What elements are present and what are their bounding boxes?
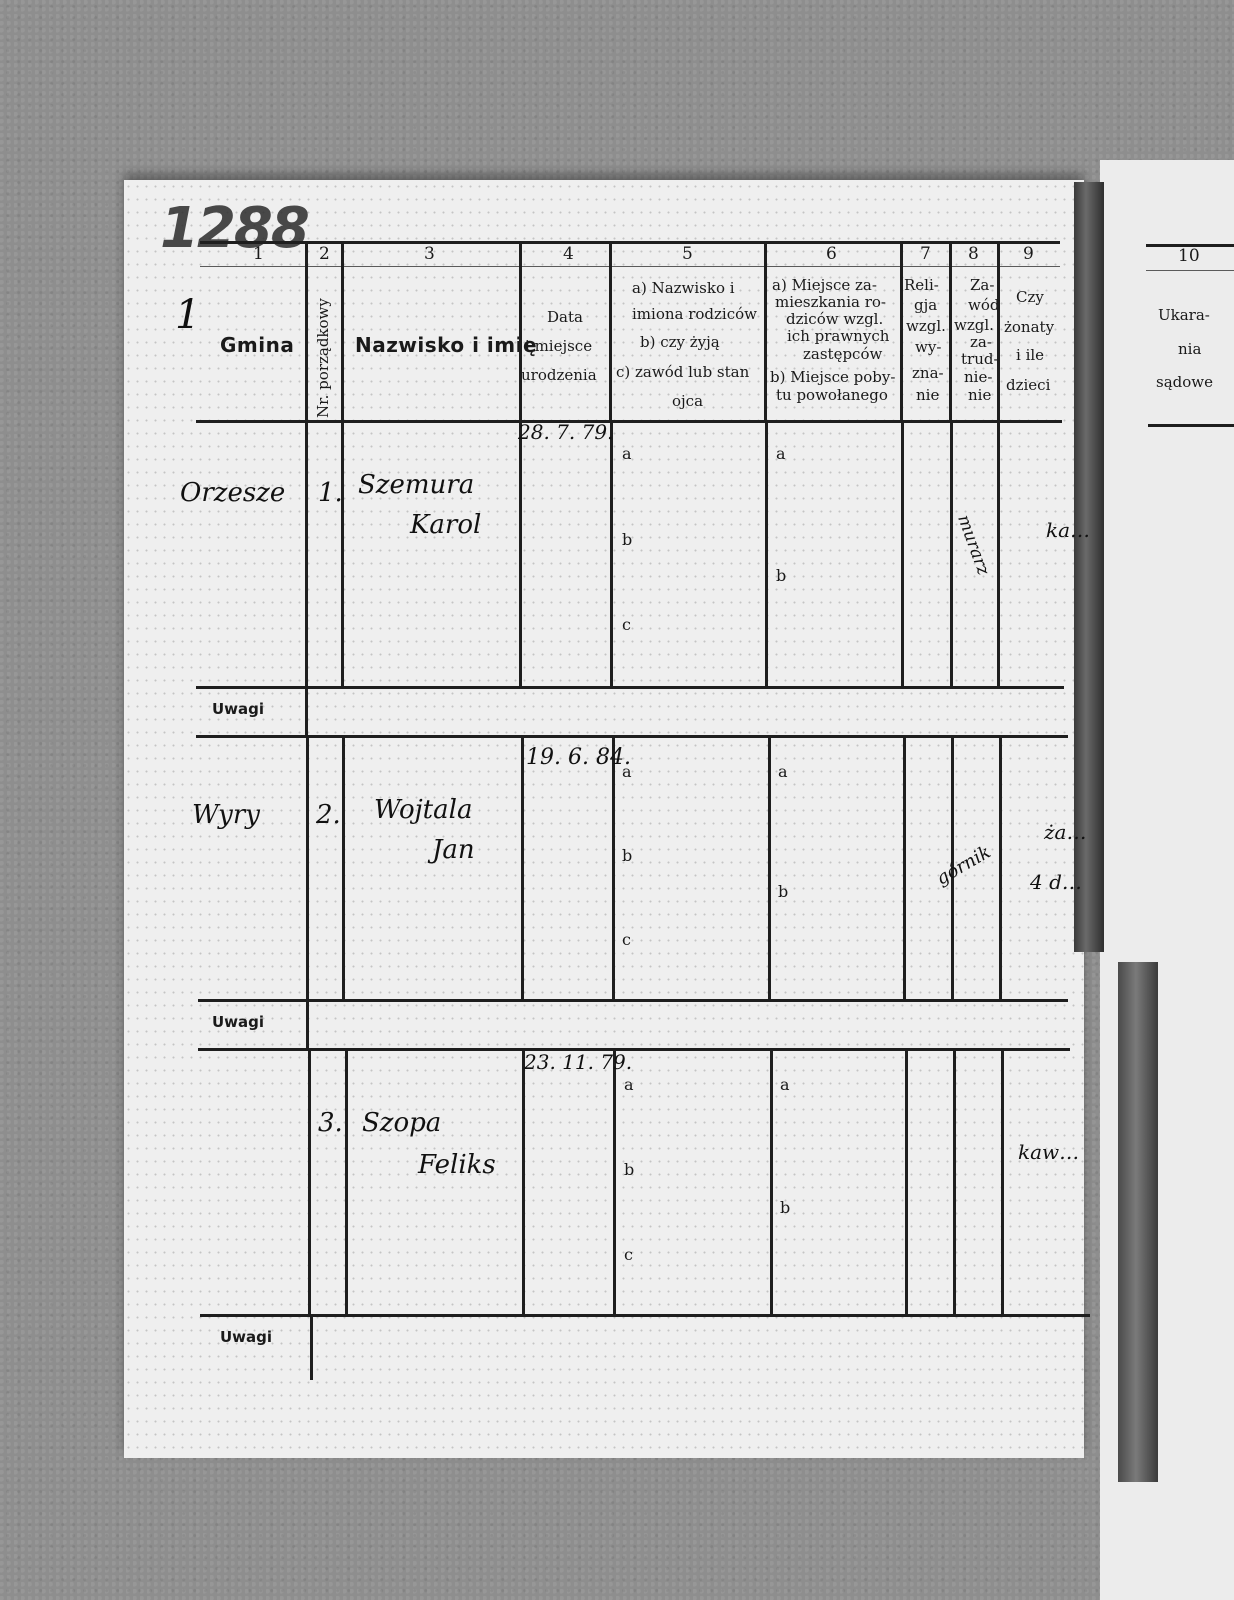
col-divider xyxy=(1001,1050,1004,1316)
entry2-parents-c: c xyxy=(622,930,631,949)
entry1-nr: 1. xyxy=(318,478,343,508)
col9-header-l4: dzieci xyxy=(1006,376,1050,395)
col-divider xyxy=(610,420,613,686)
col8-header-l6: nie- xyxy=(964,368,992,387)
col-divider xyxy=(953,1050,956,1316)
entry3-given-name: Feliks xyxy=(418,1150,496,1180)
entry3-parents-b: b xyxy=(624,1160,634,1179)
col-divider xyxy=(999,737,1002,999)
col-divider xyxy=(901,420,904,686)
entry1-given-name: Karol xyxy=(410,510,481,540)
col9-header-l1: Czy xyxy=(1016,288,1044,307)
col1-header: Gmina xyxy=(220,333,294,357)
col-divider xyxy=(341,420,344,686)
col7-number: 7 xyxy=(920,244,931,264)
col2-number: 2 xyxy=(319,244,330,264)
entry1-residence-b: b xyxy=(776,566,786,585)
entry1-birth-date: 28. 7. 79. xyxy=(518,420,613,444)
col4-header-l1: Data xyxy=(547,308,583,327)
archive-number: 1288 xyxy=(160,196,308,261)
entry2-children: 4 d… xyxy=(1030,870,1082,894)
col2-header: Nr. porządkowy xyxy=(314,298,332,418)
col7-header-l3: wzgl. xyxy=(906,317,946,336)
col6-header-l4: ich prawnych xyxy=(787,327,889,346)
column-number-rule xyxy=(200,266,1060,267)
entry3-residence-b: b xyxy=(780,1198,790,1217)
entry2-surname: Wojtala xyxy=(374,795,472,825)
col5-number: 5 xyxy=(682,244,693,264)
entry3-parents-a: a xyxy=(624,1075,634,1094)
col10-header-bottom xyxy=(1148,424,1234,427)
entry3-nr: 3. xyxy=(318,1108,343,1138)
col-divider xyxy=(764,244,767,420)
col-divider xyxy=(949,244,952,420)
header-bottom-rule xyxy=(196,420,1062,423)
entry2-parents-b: b xyxy=(622,846,632,865)
col-divider xyxy=(305,244,308,420)
col10-number: 10 xyxy=(1178,246,1200,266)
col-divider xyxy=(522,1050,525,1316)
entry1-parents-b: b xyxy=(622,530,632,549)
entry2-bottom-rule xyxy=(198,999,1068,1002)
entry2-remarks-bottom xyxy=(198,1048,1070,1051)
entry2-given-name: Jan xyxy=(432,835,475,865)
col4-header-l3: urodzenia xyxy=(521,366,597,385)
col9-header-l2: żonaty xyxy=(1004,318,1054,337)
entry2-residence-b: b xyxy=(778,882,788,901)
col7-header-l5: zna- xyxy=(912,364,944,383)
entry2-birth-date: 19. 6. 84. xyxy=(526,745,631,770)
col-divider xyxy=(770,1050,773,1316)
col8-header-l1: Za- xyxy=(970,276,994,295)
entry1-remarks-bottom xyxy=(196,735,1068,738)
col3-number: 3 xyxy=(424,244,435,264)
col-divider xyxy=(341,244,344,420)
entry2-residence-a: a xyxy=(778,762,788,781)
col-divider xyxy=(342,737,345,999)
entry1-parents-a: a xyxy=(622,444,632,463)
col5-header-l1: a) Nazwisko i xyxy=(632,279,735,298)
col-divider xyxy=(521,737,524,999)
entry3-marital: kaw… xyxy=(1018,1140,1079,1164)
entry1-marital: ka… xyxy=(1046,518,1090,542)
col-divider xyxy=(306,737,309,999)
col4-header-l2: i miejsce xyxy=(525,337,592,356)
entry2-nr: 2. xyxy=(316,800,341,830)
col-divider xyxy=(950,420,953,686)
col8-number: 8 xyxy=(968,244,979,264)
col-divider xyxy=(305,420,308,686)
col6-header-l6: b) Miejsce poby- xyxy=(770,368,895,387)
col8-header-l5: trud- xyxy=(961,350,999,369)
remarks-divider xyxy=(305,686,308,736)
col6-number: 6 xyxy=(826,244,837,264)
col8-header-l7: nie xyxy=(968,386,991,405)
entry1-surname: Szemura xyxy=(358,470,474,500)
remarks-divider xyxy=(310,1314,313,1380)
col9-number: 9 xyxy=(1023,244,1034,264)
col-divider xyxy=(765,420,768,686)
page-mark: 1 xyxy=(175,292,200,338)
col-divider xyxy=(609,244,612,420)
col6-header-l5: zastępców xyxy=(803,345,882,364)
col-divider xyxy=(905,1050,908,1316)
entry3-parents-c: c xyxy=(624,1245,633,1264)
col6-header-l7: tu powołanego xyxy=(776,386,888,405)
entry1-bottom-rule xyxy=(196,686,1064,689)
col-divider xyxy=(900,244,903,420)
entry1-remarks-label: Uwagi xyxy=(212,700,264,718)
entry2-remarks-label: Uwagi xyxy=(212,1013,264,1031)
col-divider xyxy=(308,1050,311,1316)
col10-header-l3: sądowe xyxy=(1156,373,1213,392)
col-divider xyxy=(612,737,615,999)
binding-spine-lower xyxy=(1118,962,1158,1482)
remarks-divider xyxy=(306,999,309,1049)
col7-header-l2: gja xyxy=(914,296,937,315)
col-divider xyxy=(613,1050,616,1316)
col-divider xyxy=(997,420,1000,686)
col10-header-l1: Ukara- xyxy=(1158,306,1210,325)
entry3-birth-date: 23. 11. 79. xyxy=(524,1050,632,1074)
col4-number: 4 xyxy=(563,244,574,264)
entry1-parents-c: c xyxy=(622,615,631,634)
entry2-parents-a: a xyxy=(622,762,632,781)
col8-header-l2: wód xyxy=(968,296,999,315)
col-divider xyxy=(768,737,771,999)
col5-header-l3: b) czy żyją xyxy=(640,333,720,352)
col5-header-l4: c) zawód lub stan xyxy=(616,363,749,382)
col-divider xyxy=(345,1050,348,1316)
col1-number: 1 xyxy=(253,244,264,264)
col10-header-l2: nia xyxy=(1178,340,1201,359)
col9-header-l3: i ile xyxy=(1016,346,1044,365)
col7-header-l1: Reli- xyxy=(904,276,939,295)
col3-header: Nazwisko i imię xyxy=(355,333,537,357)
entry2-marital: ża… xyxy=(1044,820,1086,844)
col7-header-l4: wy- xyxy=(915,338,941,357)
col-divider xyxy=(519,244,522,420)
entry3-residence-a: a xyxy=(780,1075,790,1094)
col5-header-l2: imiona rodziców xyxy=(632,305,757,324)
entry3-remarks-label: Uwagi xyxy=(220,1328,272,1346)
col7-header-l6: nie xyxy=(916,386,939,405)
entry3-surname: Szopa xyxy=(362,1108,441,1138)
entry1-gmina: Orzesze xyxy=(180,478,285,508)
col5-header-l5: ojca xyxy=(672,392,703,411)
col-divider xyxy=(903,737,906,999)
entry3-bottom-rule xyxy=(200,1314,1090,1317)
col-divider xyxy=(519,420,522,686)
col10-number-rule xyxy=(1146,270,1234,271)
col-divider xyxy=(997,244,1000,420)
entry2-gmina: Wyry xyxy=(192,800,260,830)
entry1-residence-a: a xyxy=(776,444,786,463)
